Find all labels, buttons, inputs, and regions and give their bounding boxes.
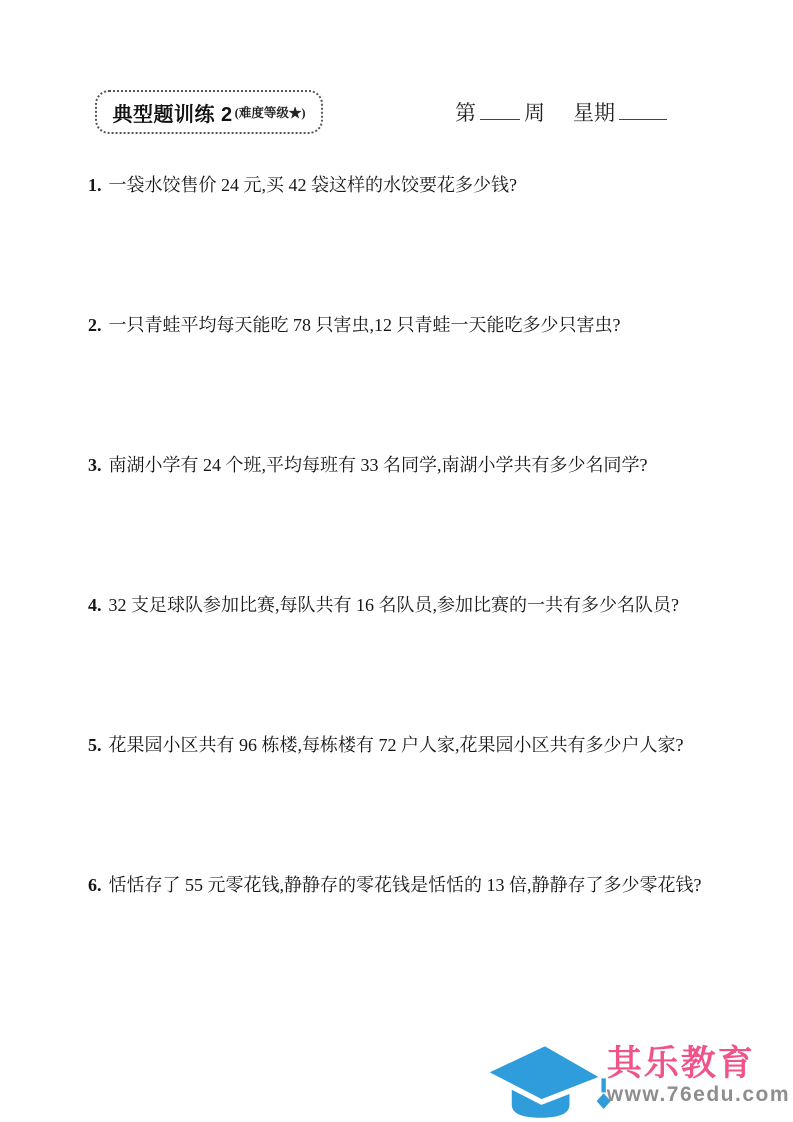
week-number-blank bbox=[480, 97, 520, 120]
problem-number: 1. bbox=[88, 175, 102, 195]
problem-text: 一只青蛙平均每天能吃 78 只害虫,12 只青蛙一天能吃多少只害虫? bbox=[109, 315, 621, 335]
problem-text: 南湖小学有 24 个班,平均每班有 33 名同学,南湖小学共有多少名同学? bbox=[109, 455, 648, 475]
problem-item-2: 2.一只青蛙平均每天能吃 78 只害虫,12 只青蛙一天能吃多少只害虫? bbox=[88, 312, 736, 338]
problem-text: 32 支足球队参加比赛,每队共有 16 名队员,参加比赛的一共有多少名队员? bbox=[109, 595, 680, 615]
problem-item-5: 5.花果园小区共有 96 栋楼,每栋楼有 72 户人家,花果园小区共有多少户人家… bbox=[88, 732, 736, 758]
problem-text: 花果园小区共有 96 栋楼,每栋楼有 72 户人家,花果园小区共有多少户人家? bbox=[109, 735, 684, 755]
brand-website: www.76edu.com bbox=[607, 1083, 790, 1106]
week-prefix-label: 第 bbox=[455, 97, 476, 127]
brand-name: 其乐教育 bbox=[607, 1046, 755, 1083]
problem-item-6: 6.恬恬存了 55 元零花钱,静静存的零花钱是恬恬的 13 倍,静静存了多少零花… bbox=[88, 872, 736, 898]
brand-logo: 其乐教育 www.76edu.com bbox=[475, 1034, 790, 1122]
weekday-label: 星期 bbox=[573, 97, 615, 127]
problem-number: 2. bbox=[88, 315, 102, 335]
problem-text: 恬恬存了 55 元零花钱,静静存的零花钱是恬恬的 13 倍,静静存了多少零花钱? bbox=[109, 875, 702, 895]
problem-text: 一袋水饺售价 24 元,买 42 袋这样的水饺要花多少钱? bbox=[109, 175, 518, 195]
week-unit-label: 周 bbox=[524, 97, 545, 127]
worksheet-page: 典型题训练 2 (难度等级★) 第 周 星期 1.一袋水饺售价 24 元,买 4… bbox=[0, 0, 793, 1122]
graduation-cap-icon bbox=[475, 1034, 615, 1122]
badge-title: 典型题训练 2 bbox=[112, 98, 232, 127]
problem-number: 3. bbox=[88, 455, 102, 475]
problem-number: 6. bbox=[88, 875, 102, 895]
problem-item-3: 3.南湖小学有 24 个班,平均每班有 33 名同学,南湖小学共有多少名同学? bbox=[88, 452, 736, 478]
week-date-line: 第 周 星期 bbox=[455, 97, 667, 127]
weekday-blank bbox=[619, 97, 667, 120]
title-badge: 典型题训练 2 (难度等级★) bbox=[95, 90, 323, 134]
problem-item-4: 4.32 支足球队参加比赛,每队共有 16 名队员,参加比赛的一共有多少名队员? bbox=[88, 592, 736, 618]
brand-text-block: 其乐教育 www.76edu.com bbox=[607, 1046, 790, 1110]
problem-number: 5. bbox=[88, 735, 102, 755]
problem-item-1: 1.一袋水饺售价 24 元,买 42 袋这样的水饺要花多少钱? bbox=[88, 172, 736, 198]
problem-number: 4. bbox=[88, 595, 102, 615]
badge-difficulty-label: (难度等级★) bbox=[235, 103, 306, 121]
cap-board bbox=[483, 1043, 604, 1102]
